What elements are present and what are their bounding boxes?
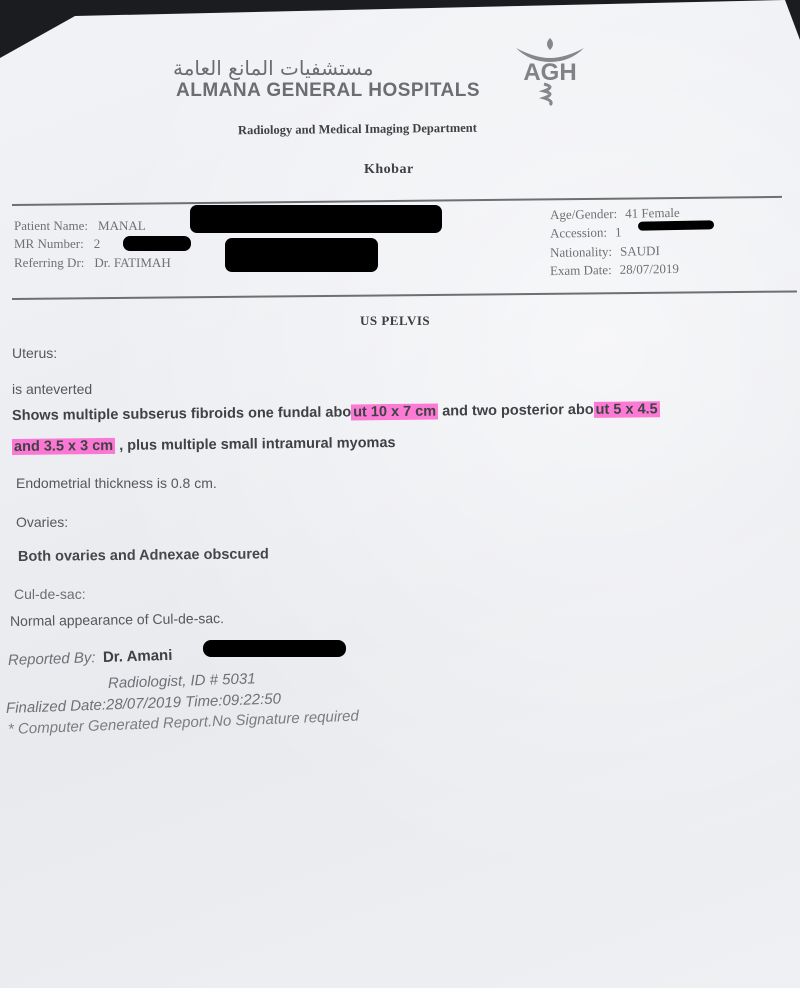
- highlight-fundal-size: ut 10 x 7 cm: [351, 404, 438, 421]
- fibroids-text-3: , plus multiple small intramural myomas: [115, 435, 396, 454]
- department-name: Radiology and Medical Imaging Department: [238, 121, 477, 139]
- referring-dr-label: Referring Dr:: [14, 255, 84, 270]
- hospital-name: ALMANA GENERAL HOSPITALS: [176, 80, 480, 102]
- mr-number-value: 2: [94, 236, 101, 251]
- mr-number-row: MR Number: 2: [14, 235, 100, 253]
- age-gender-value: 41 Female: [625, 205, 680, 221]
- age-gender-label: Age/Gender:: [550, 206, 617, 222]
- ovaries-label: Ovaries:: [16, 514, 68, 530]
- redaction-patient-name: [190, 205, 442, 233]
- referring-dr-row: Referring Dr: Dr. FATIMAH: [14, 254, 171, 272]
- patient-name-label: Patient Name:: [14, 218, 88, 233]
- redaction-reporter-name: [203, 640, 346, 657]
- uterus-label: Uterus:: [12, 345, 57, 361]
- highlight-posterior-size-2: and 3.5 x 3 cm: [12, 438, 115, 455]
- endometrial-thickness: Endometrial thickness is 0.8 cm.: [16, 475, 217, 491]
- hospital-arabic-name: مستشفيات المانع العامة: [173, 56, 374, 80]
- exam-title: US PELVIS: [360, 313, 430, 329]
- exam-date-row: Exam Date: 28/07/2019: [550, 260, 679, 280]
- patient-name-value: MANAL: [98, 218, 146, 233]
- referring-dr-value: Dr. FATIMAH: [94, 255, 170, 270]
- reported-by-label: Reported By:: [8, 649, 96, 669]
- culdesac-label: Cul-de-sac:: [14, 586, 86, 602]
- mr-number-label: MR Number:: [14, 236, 84, 251]
- exam-date-label: Exam Date:: [550, 262, 612, 278]
- highlight-posterior-size-1: ut 5 x 4.5: [594, 401, 660, 418]
- redaction-accession: [638, 220, 714, 230]
- caduceus-logo-icon: AGH: [510, 36, 590, 106]
- accession-label: Accession:: [550, 225, 607, 241]
- patient-name-row: Patient Name: MANAL: [14, 217, 146, 235]
- fibroids-text-2: and two posterior abo: [438, 402, 594, 420]
- ovaries-text: Both ovaries and Adnexae obscured: [18, 546, 269, 565]
- culdesac-text: Normal appearance of Cul-de-sac.: [10, 610, 224, 629]
- nationality-label: Nationality:: [550, 244, 612, 260]
- accession-value: 1: [615, 224, 622, 239]
- exam-date-value: 28/07/2019: [620, 261, 679, 277]
- redaction-referring-dr: [225, 238, 378, 272]
- report-paper: [0, 0, 800, 988]
- reported-by-value: Dr. Amani: [103, 647, 173, 666]
- logo-text: AGH: [523, 59, 576, 86]
- nationality-row: Nationality: SAUDI: [550, 242, 660, 262]
- redaction-mr-number: [123, 236, 191, 251]
- uterus-text: is anteverted: [12, 381, 92, 397]
- nationality-value: SAUDI: [620, 243, 660, 259]
- location-name: Khobar: [364, 162, 414, 178]
- accession-row: Accession: 1: [550, 223, 622, 242]
